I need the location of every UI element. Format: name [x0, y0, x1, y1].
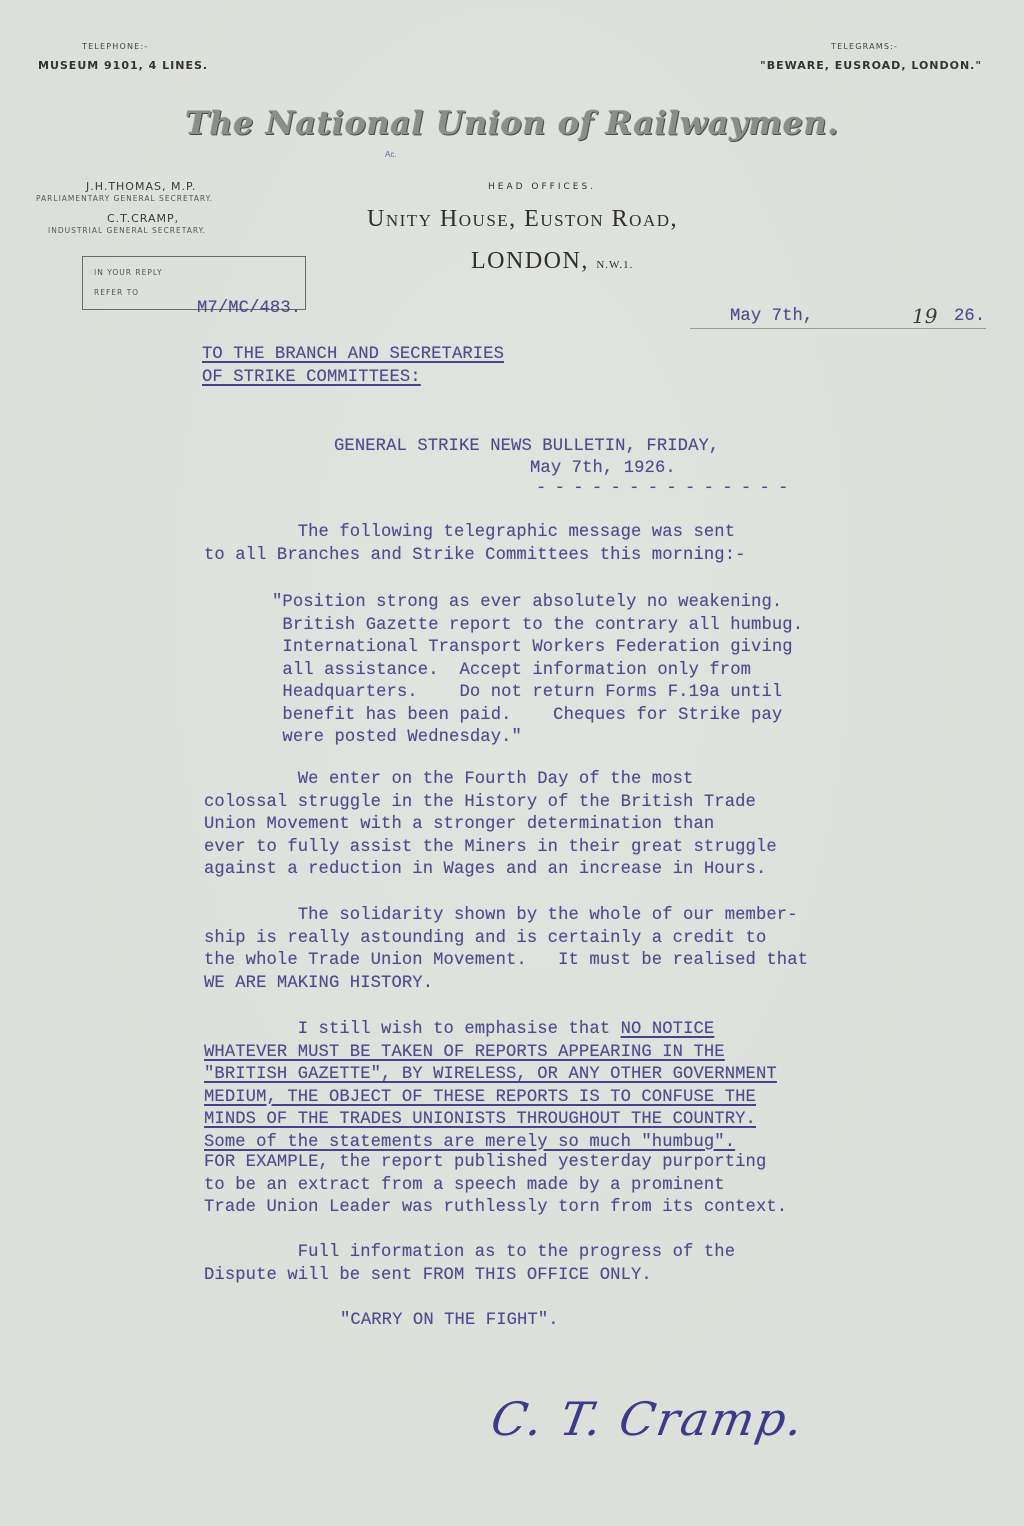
stamp-mark: Ac. [385, 150, 397, 159]
address-city-name: LONDON, [471, 248, 589, 274]
telegram-quote: "Position strong as ever absolutely no w… [272, 592, 803, 750]
paragraph-intro: I still wish to emphasise that [204, 1020, 621, 1039]
bulletin-title: GENERAL STRIKE NEWS BULLETIN, FRIDAY, [334, 436, 719, 459]
officer-title: INDUSTRIAL GENERAL SECRETARY. [48, 226, 206, 235]
address-street: Unity House, Euston Road, [367, 206, 678, 233]
officer-name: J.H.THOMAS, M.P. [86, 180, 196, 193]
body-paragraph: The following telegraphic message was se… [204, 522, 746, 567]
letter-date: May 7th, [730, 306, 813, 329]
addressee: TO THE BRANCH AND SECRETARIES OF STRIKE … [202, 344, 504, 389]
telegrams-address: "BEWARE, EUSROAD, LONDON." [760, 59, 982, 72]
address-city: LONDON, N.W.1. [471, 248, 633, 275]
telegrams-label: TELEGRAMS:- [831, 42, 898, 51]
emphasised-warning: NO NOTICE WHATEVER MUST BE TAKEN OF REPO… [204, 1020, 777, 1152]
telephone-label: TELEPHONE:- [82, 42, 148, 51]
bulletin-divider: - - - - - - - - - - - - - - [536, 478, 787, 501]
reference-number: M7/MC/483. [197, 298, 301, 321]
body-paragraph: The solidarity shown by the whole of our… [204, 905, 808, 995]
head-offices-label: HEAD OFFICES. [488, 182, 596, 192]
organisation-masthead: The National Union of Railwaymen. [0, 104, 1024, 142]
date-year-suffix: 26. [954, 306, 985, 329]
date-year-prefix: 19 [912, 304, 937, 328]
officer-title: PARLIAMENTARY GENERAL SECRETARY. [36, 194, 213, 203]
telephone-number: MUSEUM 9101, 4 LINES. [38, 59, 208, 72]
body-paragraph: I still wish to emphasise that NO NOTICE… [204, 1019, 777, 1154]
body-paragraph: FOR EXAMPLE, the report published yester… [204, 1152, 787, 1220]
address-postcode: N.W.1. [596, 259, 633, 271]
addressee-line: OF STRIKE COMMITTEES: [202, 368, 421, 387]
closing-slogan: "CARRY ON THE FIGHT". [340, 1310, 559, 1333]
officer-name: C.T.CRAMP, [107, 212, 179, 225]
body-paragraph: We enter on the Fourth Day of the most c… [204, 769, 777, 882]
reference-box-label: IN YOUR REPLY [94, 268, 163, 277]
handwritten-signature: C. T. Cramp. [487, 1392, 809, 1446]
body-paragraph: Full information as to the progress of t… [204, 1242, 735, 1287]
addressee-line: TO THE BRANCH AND SECRETARIES [202, 345, 504, 364]
reference-box-label: REFER TO [94, 288, 139, 297]
